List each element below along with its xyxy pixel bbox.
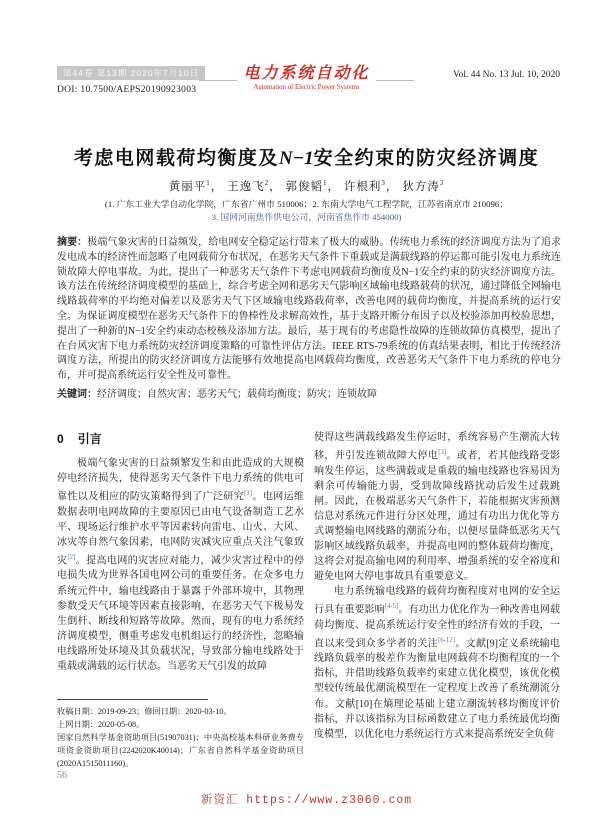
- keywords-text: 经济调度；自然灾害；恶劣天气；载荷均衡度；防灾；连锁故障: [97, 389, 377, 400]
- body-paragraph: 电力系统输电线路的载荷均衡程度对电网的安全运行具有重要影响[4-5]。有功出力优…: [314, 584, 560, 742]
- abstract-text: 极端气象灾害的日益频发，给电网安全稳定运行带来了极大的威胁。传统电力系统的经济调…: [57, 237, 561, 381]
- citation-link[interactable]: [4-5]: [385, 603, 399, 610]
- keywords-line: 关键词：经济调度；自然灾害；恶劣天气；载荷均衡度；防灾；连锁故障: [57, 388, 561, 403]
- citation-link[interactable]: [6-12]: [438, 637, 455, 644]
- watermark-text: 新资汇 https://www.z3060.com: [0, 791, 613, 807]
- footnote-separator: [57, 699, 208, 700]
- citation-link[interactable]: [1]: [244, 490, 252, 497]
- author: 黄丽平1，: [169, 181, 224, 193]
- section-heading-intro: 0引言: [57, 432, 304, 447]
- affiliation-line-2: 3. 国网河南焦作供电公司，河南省焦作市 454000): [0, 211, 613, 224]
- author: 王逸飞2，: [227, 181, 282, 193]
- abstract-block: 摘要：极端气象灾害的日益频发，给电网安全稳定运行带来了极大的威胁。传统电力系统的…: [57, 236, 561, 403]
- abstract-paragraph: 摘要：极端气象灾害的日益频发，给电网安全稳定运行带来了极大的威胁。传统电力系统的…: [57, 236, 561, 384]
- keywords-label: 关键词：: [57, 389, 97, 400]
- citation-link[interactable]: [3]: [438, 449, 446, 456]
- article-title-part2: 安全约束的防灾经济调度: [314, 148, 540, 169]
- journal-title-en: Automation of Electric Power Systems: [243, 84, 369, 91]
- footnote-block: 收稿日期：2019-09-23；修回日期：2020-03-10。 上网日期：20…: [57, 705, 304, 770]
- journal-title-cn: 电力系统自动化: [243, 60, 369, 83]
- author: 许根利3，: [344, 181, 399, 193]
- right-column: 使得这些满载线路发生停运时，系统容易产生潮流大转移，并引发连锁故障大停电[3]。…: [314, 430, 560, 742]
- logo-right-rule: [376, 80, 414, 81]
- author: 狄方涛3: [402, 181, 444, 193]
- section-number: 0: [57, 432, 64, 446]
- received-date-line: 收稿日期：2019-09-23；修回日期：2020-03-10。: [57, 705, 304, 718]
- author: 郭俊韬1，: [286, 181, 341, 193]
- body-paragraph: 使得这些满载线路发生停运时，系统容易产生潮流大转移，并引发连锁故障大停电[3]。…: [314, 430, 560, 584]
- journal-page: 第44卷 第13期 2020年7月10日 DOI: 10.7500/AEPS20…: [0, 0, 613, 825]
- section-title: 引言: [78, 432, 102, 446]
- article-title-math: N−1: [279, 148, 314, 169]
- article-title: 考虑电网载荷均衡度及N−1安全约束的防灾经济调度: [0, 143, 613, 170]
- affiliations: (1. 广东工业大学自动化学院，广东省广州市 510006；2. 东南大学电气工…: [0, 198, 613, 224]
- article-title-part1: 考虑电网载荷均衡度及: [74, 148, 279, 169]
- page-number: 56: [57, 770, 67, 781]
- volume-info-en: Vol. 44 No. 13 Jul. 10, 2020: [453, 70, 560, 80]
- intro-paragraph: 极端气象灾害的日益频繁发生和由此造成的大规模停电经济损失，使得恶劣天气条件下电力…: [57, 456, 304, 674]
- left-column: 0引言 极端气象灾害的日益频繁发生和由此造成的大规模停电经济损失，使得恶劣天气条…: [57, 430, 304, 674]
- online-date-line: 上网日期：2020-05-08。: [57, 718, 304, 731]
- affiliation-line-1: (1. 广东工业大学自动化学院，广东省广州市 510006；2. 东南大学电气工…: [0, 198, 613, 211]
- logo-left-rule: [199, 80, 237, 81]
- abstract-label: 摘要：: [57, 237, 87, 248]
- funding-line: 国家自然科学基金资助项目(51907031)；中央高校基本科研业务费专项资金资助…: [57, 731, 304, 770]
- author-line: 黄丽平1， 王逸飞2， 郭俊韬1， 许根利3， 狄方涛3: [0, 178, 613, 194]
